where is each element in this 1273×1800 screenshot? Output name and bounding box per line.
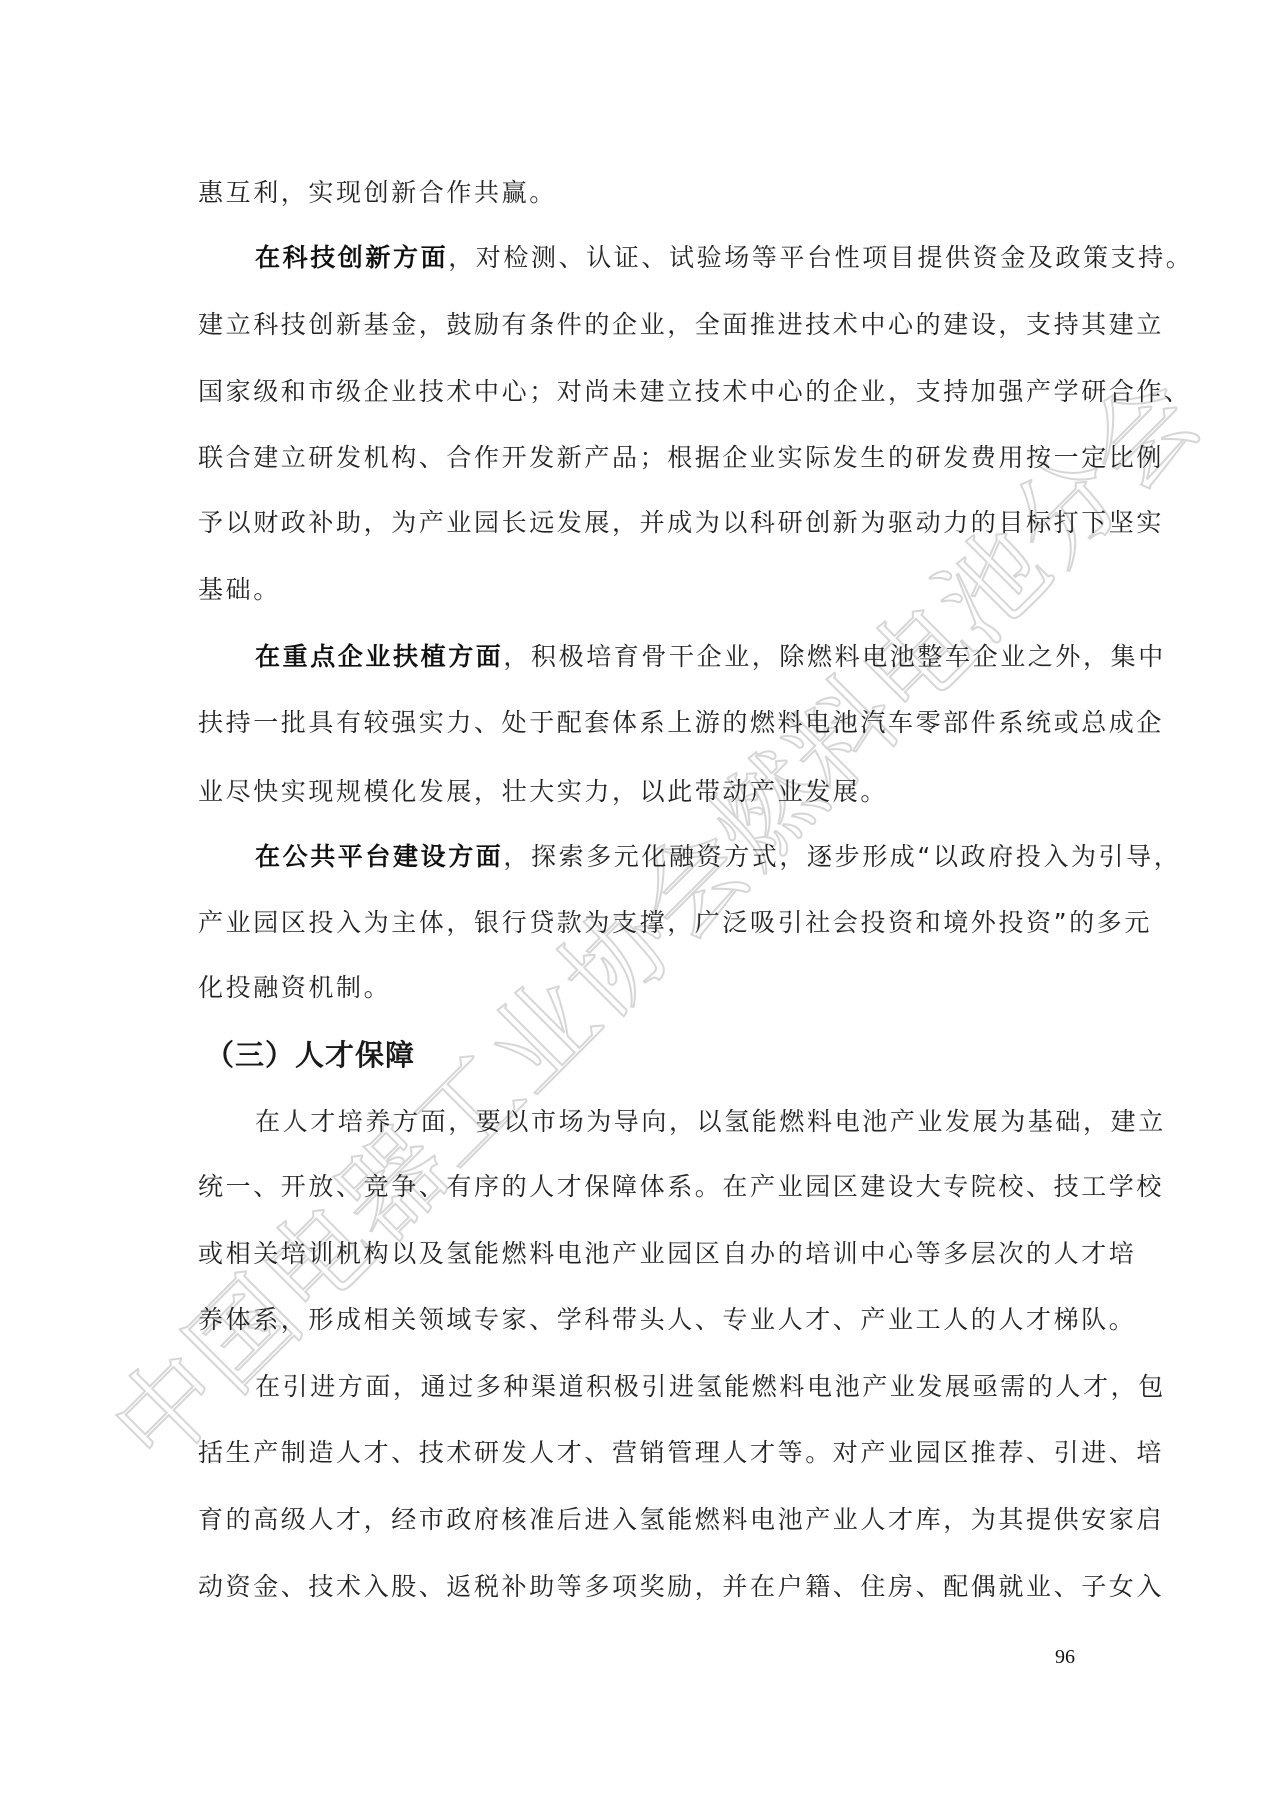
line-text: 建立科技创新基金，鼓励有条件的企业，全面推进技术中心的建设，支持其建立 — [198, 310, 1164, 339]
text-line: 惠互利，实现创新合作共赢。 — [198, 178, 1083, 208]
line-text: 基础。 — [198, 575, 281, 604]
bold-lead-phrase: 在重点企业扶植方面 — [255, 642, 503, 671]
line-text: ，对检测、认证、试验场等平台性项目提供资金及政策支持。 — [448, 243, 1193, 272]
text-line: 或相关培训机构以及氢能燃料电池产业园区自办的培训中心等多层次的人才培 — [198, 1239, 1083, 1269]
section-heading: （三）人才保障 — [205, 1038, 415, 1072]
text-line: 业尽快实现规模化发展，壮大实力，以此带动产业发展。 — [198, 777, 1083, 807]
text-line: 国家级和市级企业技术中心；对尚未建立技术中心的企业，支持加强产学研合作、 — [198, 377, 1083, 407]
text-line: 化投融资机制。 — [198, 973, 1083, 1003]
document-page: 中国电器工业协会燃料电池分会 惠互利，实现创新合作共赢。在科技创新方面，对检测、… — [0, 0, 1273, 1800]
bold-lead-phrase: 在公共平台建设方面 — [255, 842, 503, 871]
line-text: 育的高级人才，经市政府核准后进入氢能燃料电池产业人才库，为其提供安家启 — [198, 1505, 1164, 1534]
line-text: 惠互利，实现创新合作共赢。 — [198, 178, 557, 207]
text-line: 在引进方面，通过多种渠道积极引进氢能燃料电池产业发展亟需的人才，包 — [198, 1372, 1083, 1402]
text-line: 基础。 — [198, 575, 1083, 605]
text-line: 在人才培养方面，要以市场为导向，以氢能燃料电池产业发展为基础，建立 — [198, 1107, 1083, 1137]
line-text: ，探索多元化融资方式，逐步形成“以政府投入为引导， — [503, 842, 1181, 871]
line-text: 在人才培养方面，要以市场为导向，以氢能燃料电池产业发展为基础，建立 — [255, 1107, 1166, 1136]
text-line: 在重点企业扶植方面，积极培育骨干企业，除燃料电池整车企业之外，集中 — [198, 642, 1083, 672]
page-number: 96 — [1055, 1646, 1075, 1669]
text-line: 统一、开放、竞争、有序的人才保障体系。在产业园区建设大专院校、技工学校 — [198, 1172, 1083, 1202]
line-text: 动资金、技术入股、返税补助等多项奖励，并在户籍、住房、配偶就业、子女入 — [198, 1572, 1164, 1601]
text-line: 在科技创新方面，对检测、认证、试验场等平台性项目提供资金及政策支持。 — [198, 243, 1083, 273]
text-line: 联合建立研发机构、合作开发新产品；根据企业实际发生的研发费用按一定比例 — [198, 443, 1083, 473]
line-text: 养体系，形成相关领域专家、学科带头人、专业人才、产业工人的人才梯队。 — [198, 1305, 1136, 1334]
line-text: 化投融资机制。 — [198, 973, 391, 1002]
line-text: 联合建立研发机构、合作开发新产品；根据企业实际发生的研发费用按一定比例 — [198, 443, 1164, 472]
text-line: 养体系，形成相关领域专家、学科带头人、专业人才、产业工人的人才梯队。 — [198, 1305, 1083, 1335]
line-text: 国家级和市级企业技术中心；对尚未建立技术中心的企业，支持加强产学研合作、 — [198, 377, 1192, 406]
line-text: 扶持一批具有较强实力、处于配套体系上游的燃料电池汽车零部件系统或总成企 — [198, 708, 1164, 737]
line-text: 产业园区投入为主体，银行贷款为支撑，广泛吸引社会投资和境外投资”的多元 — [198, 908, 1152, 937]
line-text: 统一、开放、竞争、有序的人才保障体系。在产业园区建设大专院校、技工学校 — [198, 1172, 1164, 1201]
line-text: 或相关培训机构以及氢能燃料电池产业园区自办的培训中心等多层次的人才培 — [198, 1239, 1136, 1268]
line-text: 业尽快实现规模化发展，壮大实力，以此带动产业发展。 — [198, 777, 888, 806]
line-text: 予以财政补助，为产业园长远发展，并成为以科研创新为驱动力的目标打下坚实 — [198, 508, 1164, 537]
bold-lead-phrase: 在科技创新方面 — [255, 243, 448, 272]
text-line: 产业园区投入为主体，银行贷款为支撑，广泛吸引社会投资和境外投资”的多元 — [198, 908, 1083, 938]
text-line: 予以财政补助，为产业园长远发展，并成为以科研创新为驱动力的目标打下坚实 — [198, 508, 1083, 538]
text-line: 扶持一批具有较强实力、处于配套体系上游的燃料电池汽车零部件系统或总成企 — [198, 708, 1083, 738]
text-line: 建立科技创新基金，鼓励有条件的企业，全面推进技术中心的建设，支持其建立 — [198, 310, 1083, 340]
text-line: 括生产制造人才、技术研发人才、营销管理人才等。对产业园区推荐、引进、培 — [198, 1438, 1083, 1468]
text-line: 育的高级人才，经市政府核准后进入氢能燃料电池产业人才库，为其提供安家启 — [198, 1505, 1083, 1535]
line-text: ，积极培育骨干企业，除燃料电池整车企业之外，集中 — [503, 642, 1165, 671]
text-line: 动资金、技术入股、返税补助等多项奖励，并在户籍、住房、配偶就业、子女入 — [198, 1572, 1083, 1602]
line-text: 在引进方面，通过多种渠道积极引进氢能燃料电池产业发展亟需的人才，包 — [255, 1372, 1166, 1401]
text-line: 在公共平台建设方面，探索多元化融资方式，逐步形成“以政府投入为引导， — [198, 842, 1083, 872]
line-text: 括生产制造人才、技术研发人才、营销管理人才等。对产业园区推荐、引进、培 — [198, 1438, 1164, 1467]
